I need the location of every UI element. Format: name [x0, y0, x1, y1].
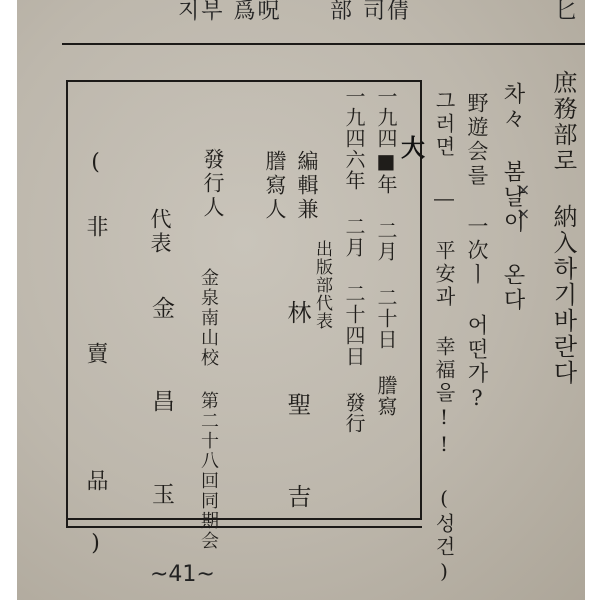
colophon-box-right-border	[420, 80, 422, 518]
page-number: ~41~	[150, 562, 215, 587]
colophon-box-bottom	[66, 518, 422, 520]
header-fragment-left: 지부 爲呪	[178, 0, 282, 25]
notice-column: 庶務部로 納入하기바란다	[546, 70, 581, 386]
rep-label: 代表	[145, 208, 175, 256]
header-fragment-right: 匕	[555, 0, 579, 25]
spring-column: 차々 봄날이 온다	[497, 82, 528, 313]
not-for-sale-note: (非 賣 品)	[80, 150, 111, 596]
copy-date: 一九四■年 二月 二十日 謄寫	[372, 86, 401, 417]
peace-column: 그러면 ― 平安과 幸福을!! (성건)	[430, 90, 459, 586]
publisher-label: 發行人	[198, 148, 228, 220]
publisher-org: 金泉南山校 第二十八回同期会	[195, 268, 221, 468]
copier-label: 謄寫人	[260, 150, 290, 222]
editor-name: 林 聖 吉	[280, 300, 315, 528]
issue-date: 一九四六年 二月 二十四日 發行	[340, 86, 369, 434]
picnic-column: 野遊会를 一次ㅣ 어떤가?	[462, 92, 492, 413]
top-divider	[62, 43, 585, 45]
rep-name: 金 昌 玉	[145, 296, 178, 527]
editor-label: 編輯兼	[292, 150, 322, 222]
header-fragment-middle: 部 司倩	[330, 0, 411, 25]
